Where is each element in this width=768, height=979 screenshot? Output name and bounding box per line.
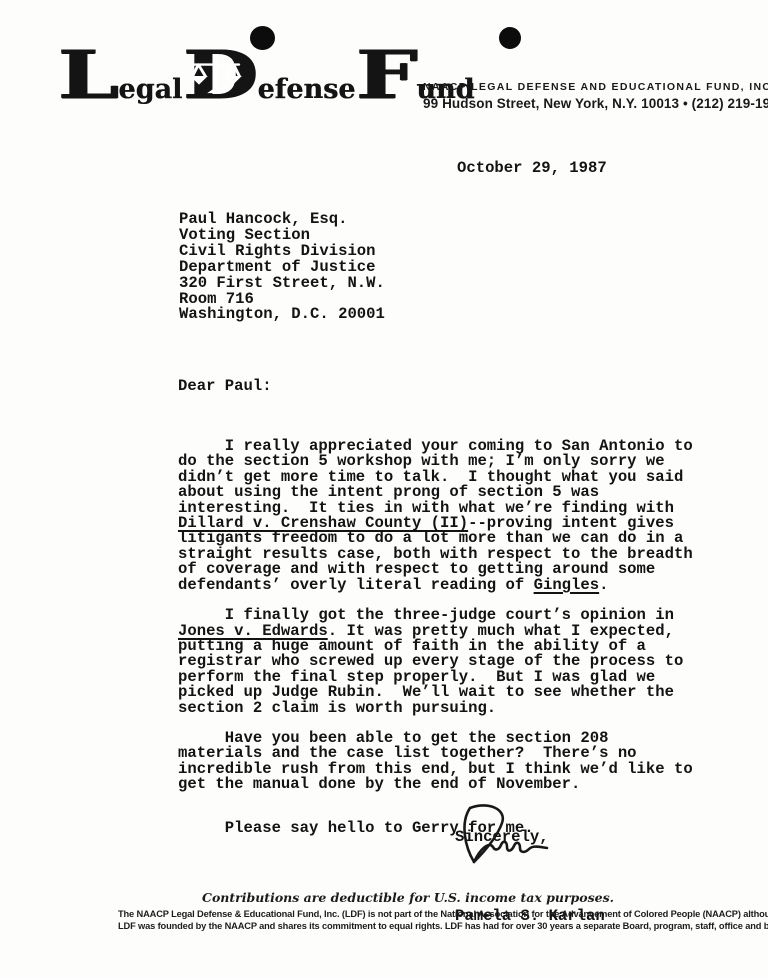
logo-letter-f: F: [356, 42, 418, 108]
logo-letter-d: D: [183, 42, 259, 108]
body-paragraph: Have you been able to get the section 20…: [178, 731, 738, 793]
letter-page: LegalD efenseFund NAACP LEGAL DEFENSE AN…: [0, 0, 768, 979]
salutation: Dear Paul:: [178, 379, 738, 394]
recipient-line: Washington, D.C. 20001: [179, 307, 385, 323]
body-line: defendants’ overly literal reading of Gi…: [178, 578, 738, 593]
recipient-address: Paul Hancock, Esq.Voting SectionCivil Ri…: [179, 212, 385, 323]
tax-deductible-note: Contributions are deductible for U.S. in…: [128, 890, 688, 905]
fine-print-line: LDF was founded by the NAACP and shares …: [118, 921, 708, 933]
hole-punch-dot-right: [499, 27, 521, 49]
footer-fine-print: The NAACP Legal Defense & Educational Fu…: [118, 909, 708, 932]
body-paragraph: I really appreciated your coming to San …: [178, 439, 738, 593]
letter-content: Dear Paul: I really appreciated your com…: [178, 348, 738, 867]
case-citation: Gingles: [534, 576, 600, 594]
logo-word-defense: efense: [257, 76, 355, 103]
letterhead-org-block: NAACP LEGAL DEFENSE AND EDUCATIONAL FUND…: [423, 81, 768, 111]
org-address: 99 Hudson Street, New York, N.Y. 10013 •…: [423, 96, 768, 111]
body-line: section 2 claim is worth pursuing.: [178, 701, 738, 716]
ldf-logo: LegalD efenseFund: [58, 42, 474, 108]
scales-of-justice-icon: [188, 55, 243, 97]
handwritten-signature: [448, 803, 564, 867]
org-name: NAACP LEGAL DEFENSE AND EDUCATIONAL FUND…: [423, 81, 768, 93]
fine-print-line: The NAACP Legal Defense & Educational Fu…: [118, 909, 708, 921]
letter-body: I really appreciated your coming to San …: [178, 439, 738, 836]
letter-date: October 29, 1987: [457, 161, 607, 176]
hole-punch-dot-left: [250, 26, 275, 50]
logo-word-legal: egal: [118, 76, 182, 103]
body-paragraph: I finally got the three-judge court’s op…: [178, 608, 738, 716]
body-line: get the manual done by the end of Novemb…: [178, 777, 738, 792]
logo-letter-l: L: [58, 42, 119, 108]
